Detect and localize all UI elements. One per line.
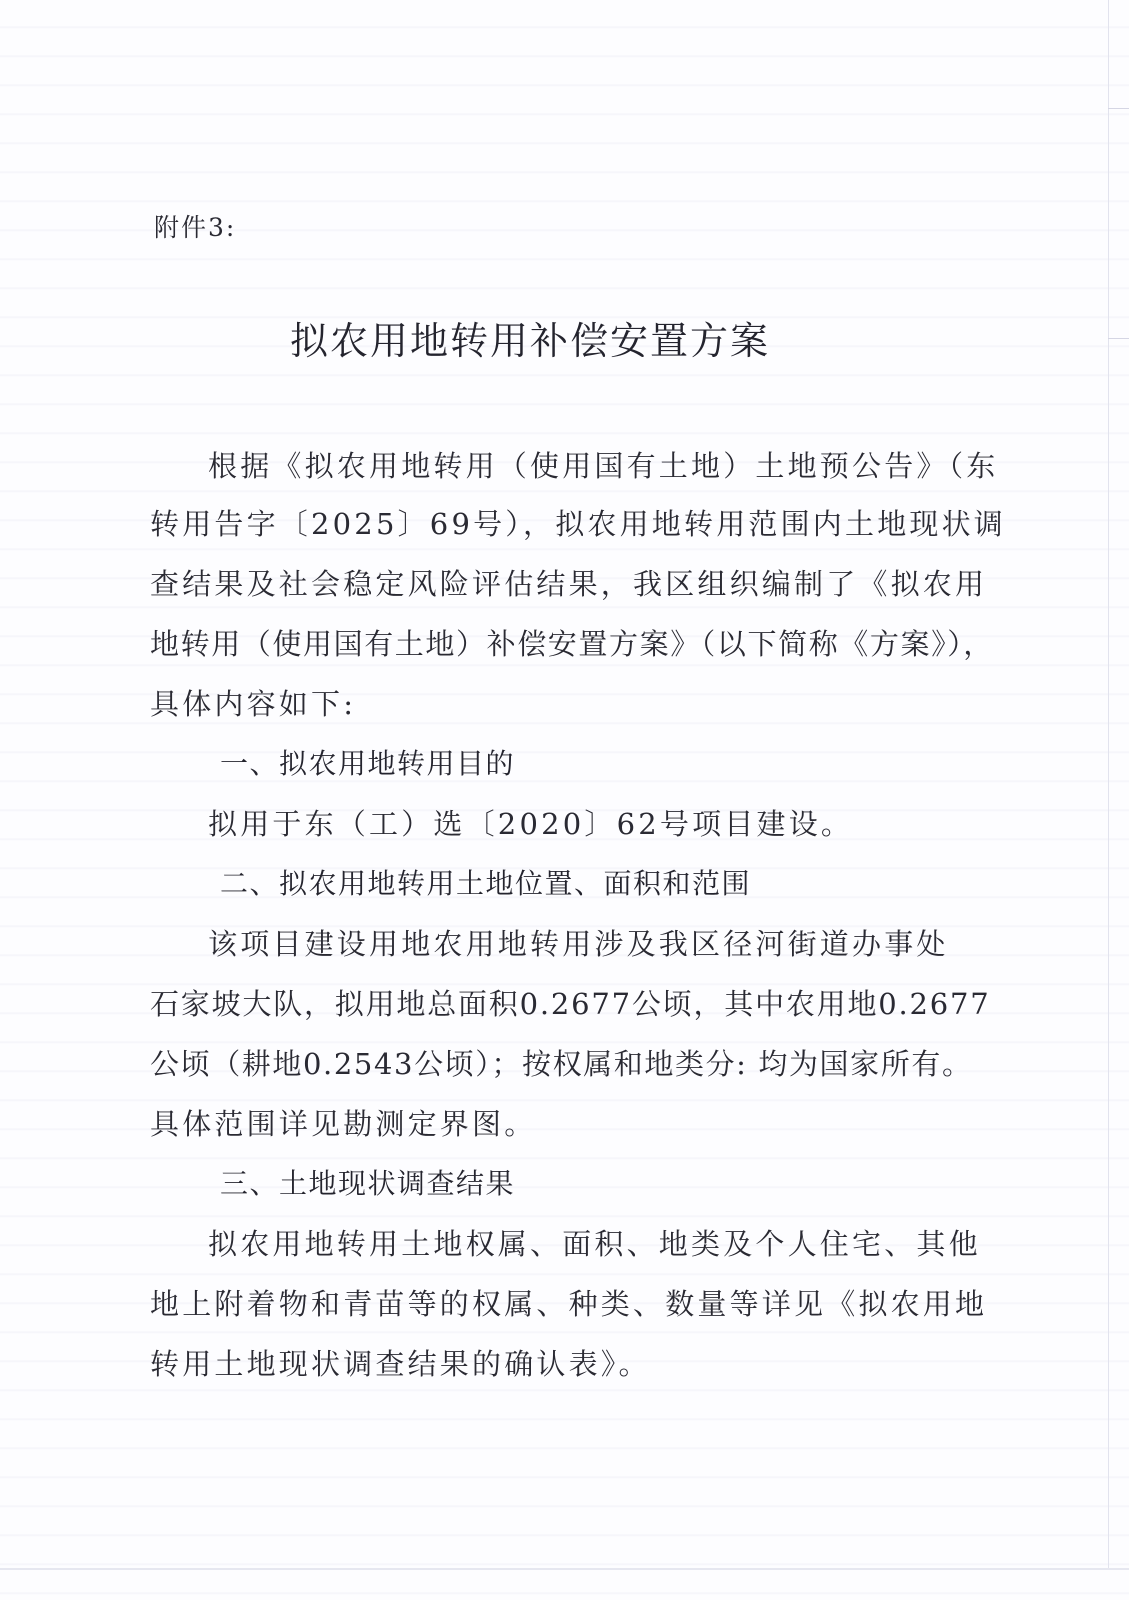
intro-line: 地转用（使用国有土地）补偿安置方案》（以下简称《方案》）， xyxy=(150,624,910,664)
section-heading-survey-results: 三、土地现状调查结果 xyxy=(220,1164,515,1204)
section-heading-purpose: 一、拟农用地转用目的 xyxy=(220,744,515,784)
section-line: 具体范围详见勘测定界图。 xyxy=(150,1104,910,1144)
section-heading-location-area: 二、拟农用地转用土地位置、面积和范围 xyxy=(220,864,751,904)
document-title: 拟农用地转用补偿安置方案 xyxy=(0,316,1060,366)
edge-tick xyxy=(1108,338,1129,339)
section-line: 拟农用地转用土地权属、面积、地类及个人住宅、其他 xyxy=(208,1224,968,1264)
intro-line: 转用告字〔2025〕69号），拟农用地转用范围内土地现状调 xyxy=(150,504,910,544)
page-edge-line xyxy=(1108,0,1109,1570)
page-bottom-edge xyxy=(0,1568,1129,1570)
intro-line: 根据《拟农用地转用（使用国有土地）土地预公告》（东 xyxy=(208,446,968,486)
section-line: 转用土地现状调查结果的确认表》。 xyxy=(150,1344,910,1384)
section-line: 石家坡大队，拟用地总面积0.2677公顷，其中农用地0.2677 xyxy=(150,984,910,1024)
intro-line: 具体内容如下: xyxy=(150,684,910,724)
scanned-page: 附件3: 拟农用地转用补偿安置方案 根据《拟农用地转用（使用国有土地）土地预公告… xyxy=(0,0,1129,1600)
intro-line: 查结果及社会稳定风险评估结果，我区组织编制了《拟农用 xyxy=(150,564,910,604)
section-line: 公顷（耕地0.2543公顷）；按权属和地类分: 均为国家所有。 xyxy=(150,1044,910,1084)
edge-tick xyxy=(1108,108,1129,109)
section-line: 地上附着物和青苗等的权属、种类、数量等详见《拟农用地 xyxy=(150,1284,910,1324)
attachment-label: 附件3: xyxy=(154,208,236,248)
section-line: 该项目建设用地农用地转用涉及我区径河街道办事处 xyxy=(208,924,968,964)
section-line: 拟用于东（工）选〔2020〕62号项目建设。 xyxy=(208,804,968,844)
